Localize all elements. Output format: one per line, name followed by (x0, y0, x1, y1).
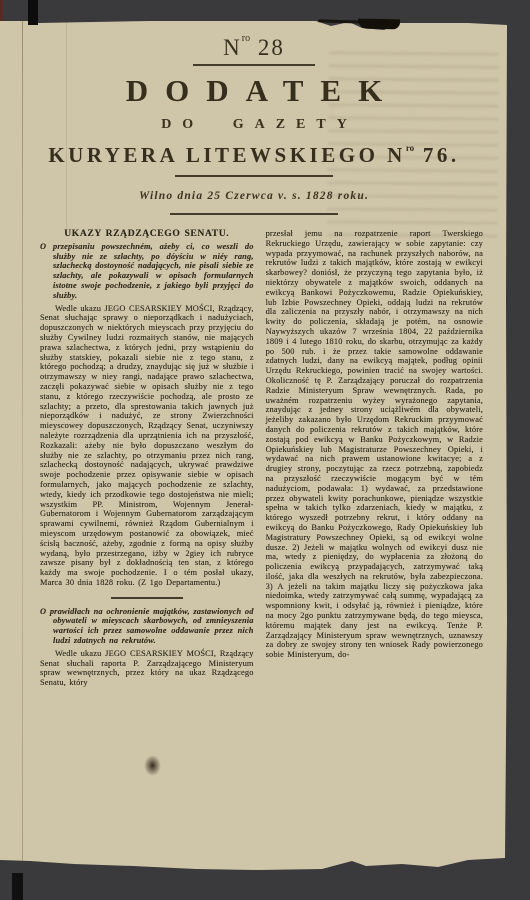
journal-sup: ro (406, 143, 414, 153)
rule-under-title (175, 175, 333, 177)
ink-smudge (144, 755, 161, 776)
scanner-mark-bottom (12, 873, 23, 900)
issue-value: 28 (258, 35, 285, 60)
dateline: Wilno dnia 25 Czerwca v. s. 1828 roku. (0, 190, 508, 202)
rule-under-issue (193, 64, 315, 66)
masthead-journal-line: KURYERA LITEWSKIEGO Nro 76. (0, 143, 508, 168)
ink-blot-top-edge (358, 19, 400, 30)
masthead-title: DODATEK (0, 73, 508, 109)
section-heading: UKAZY RZĄDZĄCEGO SENATU. (40, 229, 254, 239)
article-columns: UKAZY RZĄDZĄCEGO SENATU. O przepisaniu p… (0, 215, 508, 688)
scan-background: Nro 28 DODATEK DO GAZETY KURYERA LITEWSK… (0, 0, 530, 900)
article-body-continuation: przesłał jemu na rozpatrzenie raport Twe… (266, 229, 483, 660)
article-body-2: Wedle ukazu JEGO CESARSKIEY MOŚCI, Rządz… (40, 649, 254, 688)
issue-sup: ro (242, 33, 250, 44)
journal-n: N (387, 143, 406, 167)
article-body-1: Wedle ukazu JEGO CESARSKIEY MOŚCI, Rządz… (40, 304, 254, 588)
article-summary-2: O prawidłach na ochronienie majątków, za… (40, 607, 254, 646)
column-right: przesłał jemu na rozpatrzenie raport Twe… (266, 229, 483, 688)
rule-under-dateline (170, 213, 338, 215)
spine-red-mark (0, 0, 3, 21)
issue-n: N (223, 35, 242, 60)
masthead: Nro 28 DODATEK DO GAZETY KURYERA LITEWSK… (0, 0, 508, 215)
journal-name: KURYERA LITEWSKIEGO (48, 143, 378, 167)
column-left: UKAZY RZĄDZĄCEGO SENATU. O przepisaniu p… (40, 229, 254, 688)
article-summary-1: O przepisaniu powszechném, ażeby ci, co … (40, 242, 254, 301)
issue-number: Nro 28 (0, 33, 508, 61)
journal-issue-value: 76. (423, 143, 460, 167)
masthead-subtitle: DO GAZETY (0, 117, 508, 133)
article-separator (111, 597, 183, 599)
scanner-mark-top (28, 0, 38, 25)
newspaper-page: Nro 28 DODATEK DO GAZETY KURYERA LITEWSK… (0, 0, 508, 900)
